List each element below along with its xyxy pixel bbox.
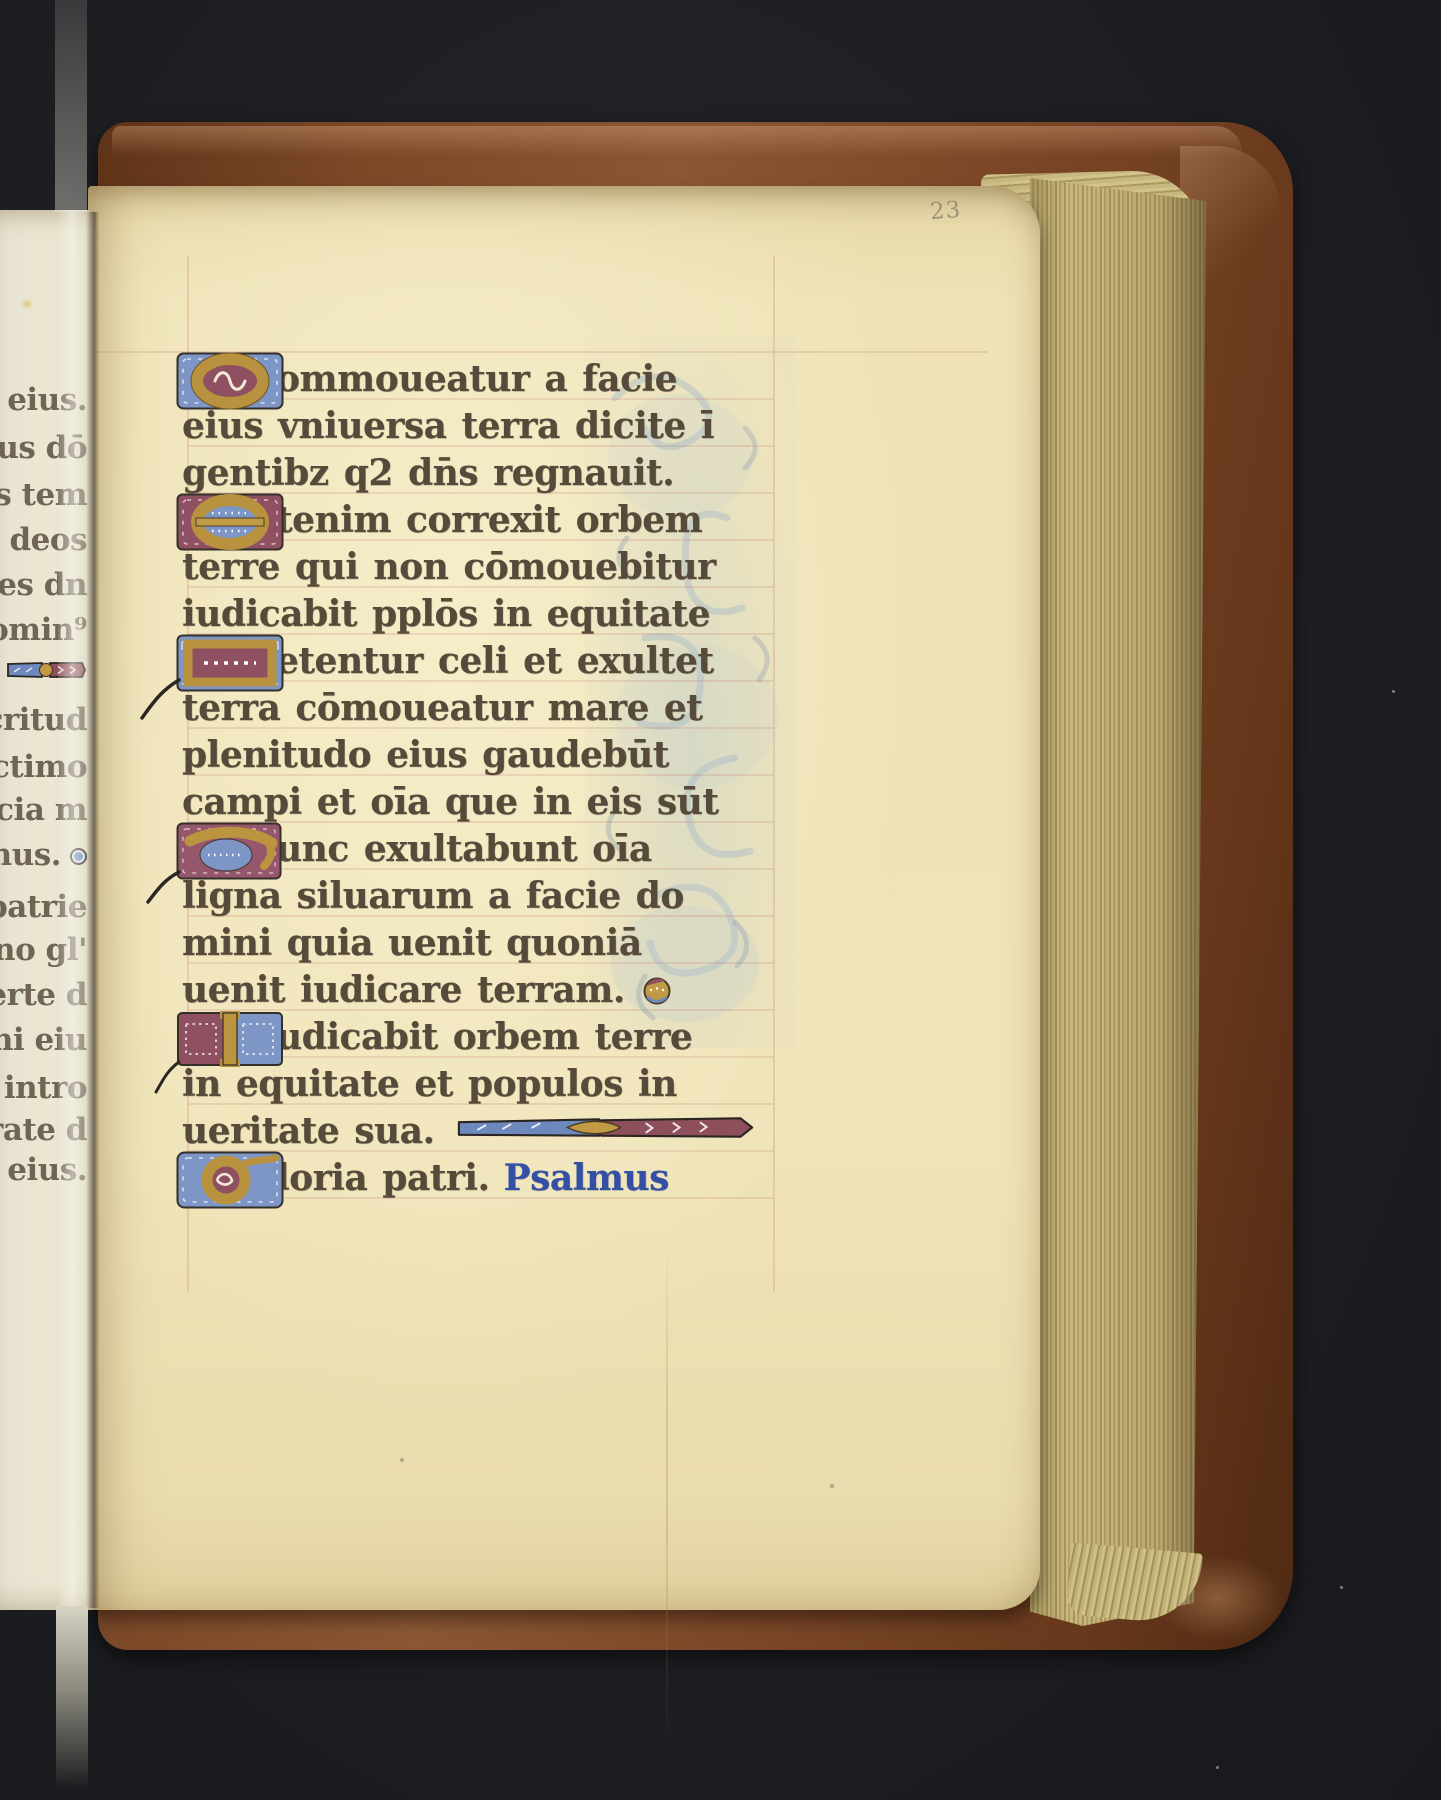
line-text: udicabit orbem terre [276, 1016, 692, 1058]
line-text: gentibz q2 dn̄s regnauit. [182, 452, 674, 494]
photo-backdrop: 23 C ommoueatur a facie eius vniuersa te [0, 0, 1441, 1800]
manuscript-text-block: C ommoueatur a facie eius vniuersa terra… [182, 356, 822, 1202]
line-text: terre qui non cōmouebitur [182, 546, 716, 588]
gutter-shadow [86, 212, 99, 1608]
dust-speck [1216, 1766, 1219, 1769]
line-text: unc exultabunt oīa [276, 828, 652, 870]
manuscript-text-line: terra cōmoueatur mare et [182, 685, 822, 732]
line-text: iudicabit pplōs in equitate [182, 593, 710, 635]
manuscript-text-line: terre qui non cōmouebitur [182, 544, 822, 591]
illuminated-initial-C: C [176, 352, 284, 410]
dust-speck [1340, 1586, 1343, 1589]
folio-number: 23 [929, 197, 962, 225]
page-edge-catchlight-bottom [56, 1606, 88, 1800]
line-text: plenitudo eius gaudebūt [182, 734, 669, 776]
illuminated-initial-I: I [176, 1010, 284, 1068]
parchment-stain [20, 298, 34, 310]
manuscript-text-line: I udicabit orbem terre [182, 1014, 822, 1061]
manuscript-text-line: G loria patri.Psalmus [182, 1155, 822, 1202]
manuscript-text-line: E tenim correxit orbem [182, 497, 822, 544]
manuscript-text-line: C ommoueatur a facie [182, 356, 822, 403]
leather-top-highlight [112, 126, 1242, 156]
parchment-spot [400, 1458, 404, 1462]
line-text: campi et oīa que in eis sūt [182, 781, 718, 823]
manuscript-recto-page: 23 C ommoueatur a facie eius vniuersa te [88, 186, 1040, 1610]
manuscript-text-line: uenit iudicare terram. [182, 967, 822, 1014]
illuminated-initial-E: E [176, 493, 284, 551]
decorated-bar-line-filler-icon [456, 1116, 756, 1140]
rubric-text: Psalmus [504, 1157, 669, 1199]
dust-speck [1392, 690, 1395, 693]
gold-roundel-line-filler-icon [642, 976, 672, 1006]
line-text: loria patri. [276, 1157, 490, 1199]
manuscript-text-line: gentibz q2 dn̄s regnauit. [182, 450, 822, 497]
manuscript-text-line: ueritate sua. [182, 1108, 822, 1155]
line-text: uenit iudicare terram. [182, 969, 625, 1011]
manuscript-text-line: in equitate et populos in [182, 1061, 822, 1108]
line-text: ommoueatur a facie [276, 358, 677, 400]
line-text: mini quia uenit quoniā [182, 922, 642, 964]
illuminated-initial-G: G [176, 1151, 284, 1209]
manuscript-text-line: L etentur celi et exultet [182, 638, 822, 685]
line-text: tenim correxit orbem [276, 499, 702, 541]
parchment-spot [830, 1484, 834, 1488]
illuminated-initial-L: L [176, 634, 284, 692]
line-text: ueritate sua. [182, 1110, 435, 1152]
gilt-fore-edge [1030, 178, 1206, 1626]
manuscript-text-line: plenitudo eius gaudebūt [182, 732, 822, 779]
page-edge-catchlight-top [55, 0, 87, 212]
line-text: in equitate et populos in [182, 1063, 677, 1105]
line-text: eius vniuersa terra dicite ī [182, 405, 714, 447]
manuscript-text-line: iudicabit pplōs in equitate [182, 591, 822, 638]
parchment-crease [666, 1236, 668, 1756]
manuscript-text-line: eius vniuersa terra dicite ī [182, 403, 822, 450]
manuscript-text-line: T unc exultabunt oīa [182, 826, 822, 873]
manuscript-text-line: mini quia uenit quoniā [182, 920, 822, 967]
manuscript-text-line: ligna siluarum a facie do [182, 873, 822, 920]
line-text: etentur celi et exultet [276, 640, 714, 682]
illuminated-initial-T: T [176, 822, 284, 880]
line-text: ligna siluarum a facie do [182, 875, 684, 917]
line-text: terra cōmoueatur mare et [182, 687, 702, 729]
manuscript-text-line: campi et oīa que in eis sūt [182, 779, 822, 826]
